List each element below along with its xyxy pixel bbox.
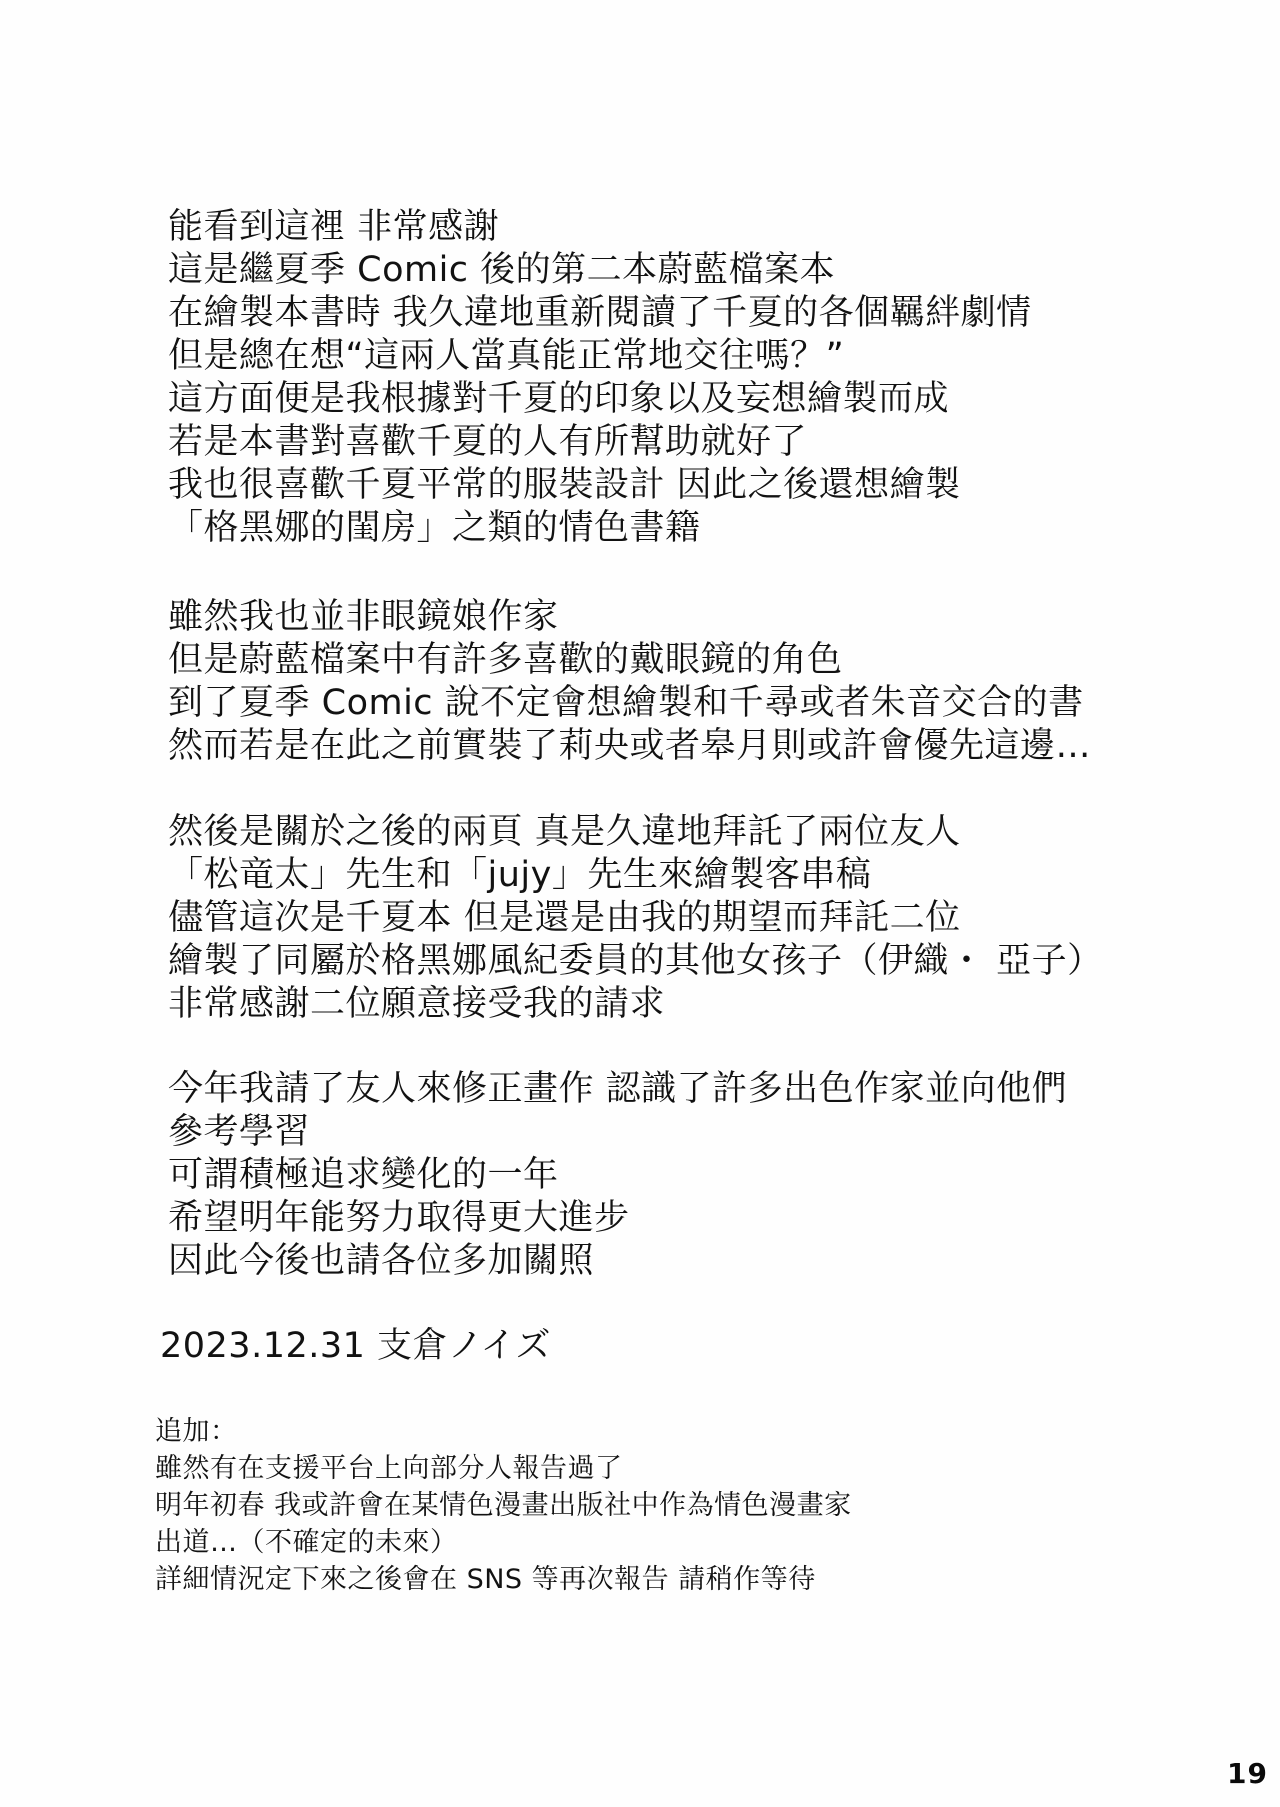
paragraph-2: 雖然我也並非眼鏡娘作家 但是蔚藍檔案中有許多喜歡的戴眼鏡的角色 到了夏季 Com… <box>168 596 1091 768</box>
text-line: 今年我請了友人來修正畫作 認識了許多出色作家並向他們 <box>168 1068 1067 1111</box>
text-line: 在繪製本書時 我久違地重新閱讀了千夏的各個羈絆劇情 <box>168 292 1032 335</box>
text-line: 出道…（不確定的未來） <box>155 1524 852 1561</box>
text-line: 我也很喜歡千夏平常的服裝設計 因此之後還想繪製 <box>168 464 1032 507</box>
signature-text: 2023.12.31 支倉ノイズ <box>160 1325 551 1368</box>
text-line: 能看到這裡 非常感謝 <box>168 206 1032 249</box>
text-line: 希望明年能努力取得更大進步 <box>168 1197 1067 1240</box>
text-line: 到了夏季 Comic 說不定會想繪製和千尋或者朱音交合的書 <box>168 682 1091 725</box>
text-line: 非常感謝二位願意接受我的請求 <box>168 983 1103 1026</box>
text-line: 「松竜太」先生和「jujy」先生來繪製客串稿 <box>168 854 1103 897</box>
text-line: 這是繼夏季 Comic 後的第二本蔚藍檔案本 <box>168 249 1032 292</box>
text-line: 這方面便是我根據對千夏的印象以及妄想繪製而成 <box>168 378 1032 421</box>
scanned-afterword-page: 能看到這裡 非常感謝 這是繼夏季 Comic 後的第二本蔚藍檔案本 在繪製本書時… <box>0 0 1280 1807</box>
text-line: 因此今後也請各位多加關照 <box>168 1240 1067 1283</box>
signature-date-line: 2023.12.31 支倉ノイズ <box>160 1325 551 1368</box>
postscript-note: 追加： 雖然有在支援平台上向部分人報告過了 明年初春 我或許會在某情色漫畫出版社… <box>155 1413 852 1598</box>
text-line: 參考學習 <box>168 1111 1067 1154</box>
page-number: 19 <box>1227 1757 1268 1790</box>
text-line: 繪製了同屬於格黑娜風紀委員的其他女孩子（伊織・ 亞子） <box>168 940 1103 983</box>
text-line: 但是總在想“這兩人當真能正常地交往嗎？” <box>168 335 1032 378</box>
text-line: 然後是關於之後的兩頁 真是久違地拜託了兩位友人 <box>168 811 1103 854</box>
text-line: 然而若是在此之前實裝了莉央或者皋月則或許會優先這邊… <box>168 725 1091 768</box>
paragraph-1: 能看到這裡 非常感謝 這是繼夏季 Comic 後的第二本蔚藍檔案本 在繪製本書時… <box>168 206 1032 550</box>
text-line: 明年初春 我或許會在某情色漫畫出版社中作為情色漫畫家 <box>155 1487 852 1524</box>
paragraph-3: 然後是關於之後的兩頁 真是久違地拜託了兩位友人 「松竜太」先生和「jujy」先生… <box>168 811 1103 1026</box>
text-line: 儘管這次是千夏本 但是還是由我的期望而拜託二位 <box>168 897 1103 940</box>
text-line: 雖然我也並非眼鏡娘作家 <box>168 596 1091 639</box>
text-line: 詳細情況定下來之後會在 SNS 等再次報告 請稍作等待 <box>155 1561 852 1598</box>
text-line: 「格黑娜的閨房」之類的情色書籍 <box>168 507 1032 550</box>
text-line: 雖然有在支援平台上向部分人報告過了 <box>155 1450 852 1487</box>
postscript-label: 追加： <box>155 1413 852 1450</box>
text-line: 但是蔚藍檔案中有許多喜歡的戴眼鏡的角色 <box>168 639 1091 682</box>
paragraph-4: 今年我請了友人來修正畫作 認識了許多出色作家並向他們 參考學習 可謂積極追求變化… <box>168 1068 1067 1283</box>
text-line: 若是本書對喜歡千夏的人有所幫助就好了 <box>168 421 1032 464</box>
text-line: 可謂積極追求變化的一年 <box>168 1154 1067 1197</box>
